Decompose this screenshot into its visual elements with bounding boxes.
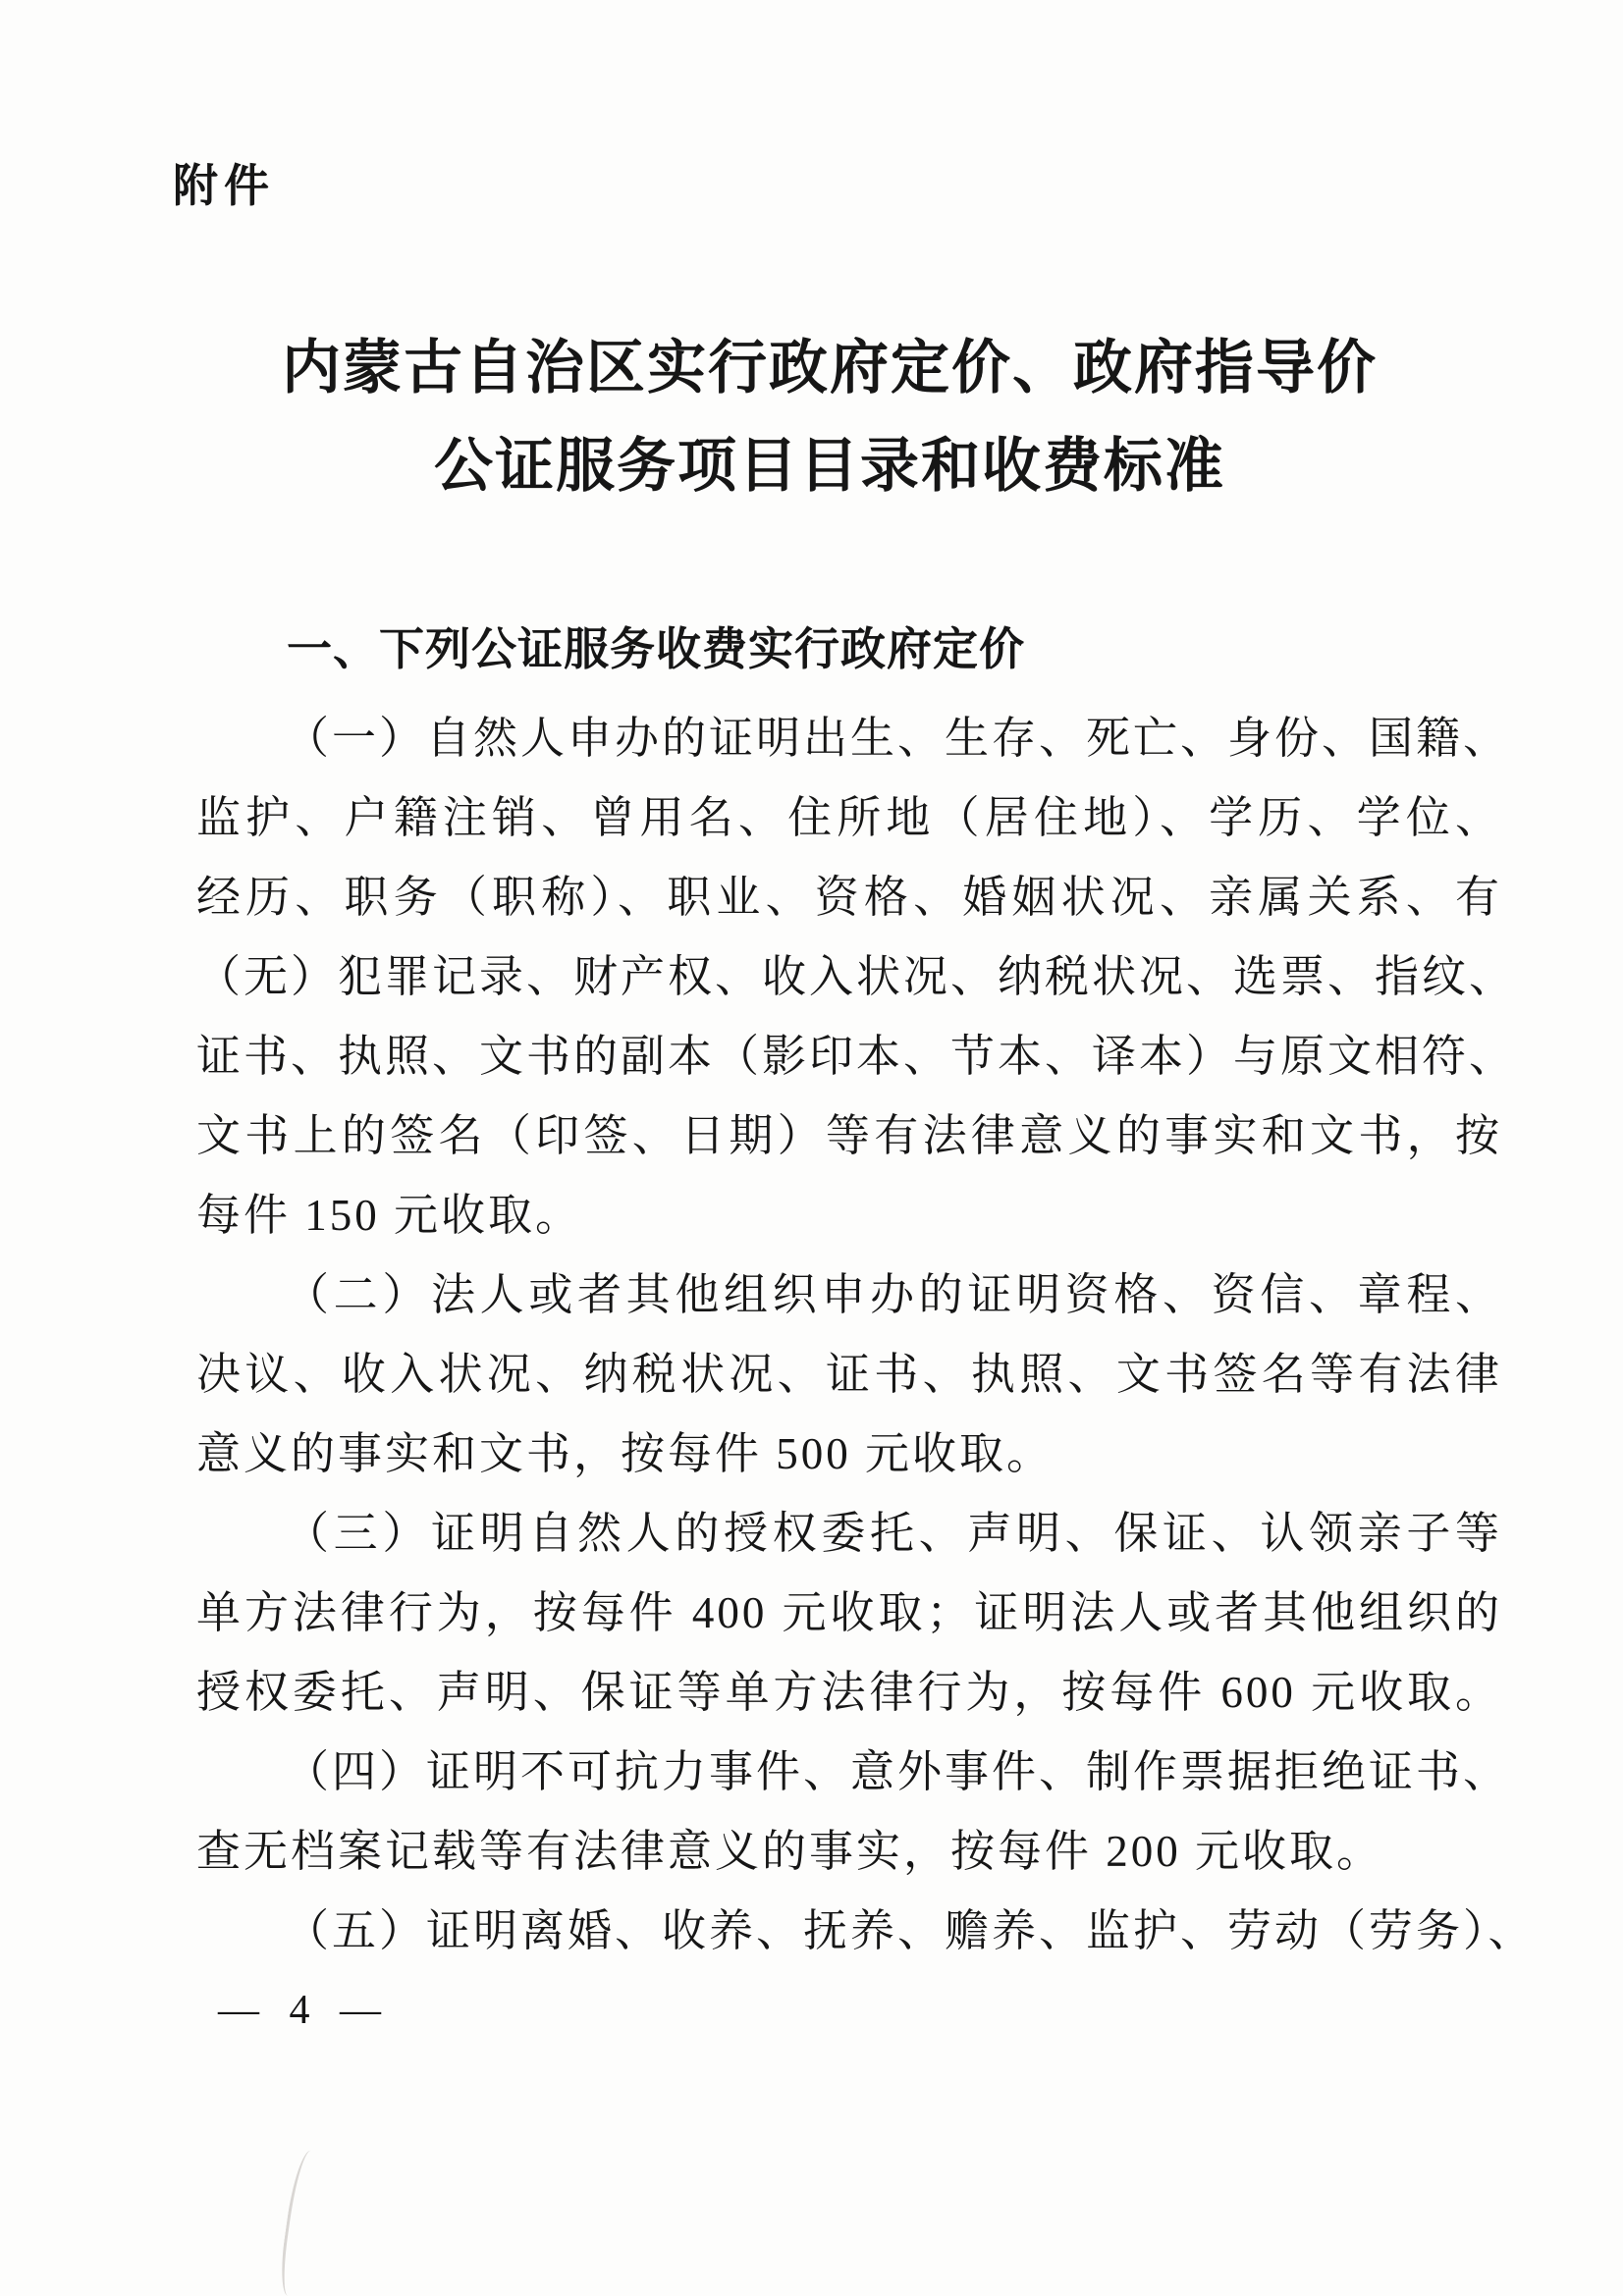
body-line: （一）自然人申办的证明出生、生存、死亡、身份、国籍、 <box>196 699 1502 778</box>
document-title-line2: 公证服务项目目录和收费标准 <box>177 417 1483 515</box>
body-line: 每件 150 元收取。 <box>196 1176 1502 1255</box>
body-line: 查无档案记载等有法律意义的事实，按每件 200 元收取。 <box>196 1812 1502 1892</box>
attachment-label: 附件 <box>173 157 275 216</box>
body-line: 意义的事实和文书，按每件 500 元收取。 <box>196 1415 1502 1494</box>
body-line: 经历、职务（职称）、职业、资格、婚姻状况、亲属关系、有 <box>196 858 1502 937</box>
body-line: （四）证明不可抗力事件、意外事件、制作票据拒绝证书、 <box>196 1733 1502 1812</box>
body-line: 文书上的签名（印签、日期）等有法律意义的事实和文书，按 <box>196 1096 1502 1176</box>
body-line: 决议、收入状况、纳税状况、证书、执照、文书签名等有法律 <box>196 1335 1502 1415</box>
document-body: （一）自然人申办的证明出生、生存、死亡、身份、国籍、 监护、户籍注销、曾用名、住… <box>196 699 1502 1971</box>
section-heading: 一、下列公证服务收费实行政府定价 <box>196 617 1502 680</box>
body-line: 证书、执照、文书的副本（影印本、节本、译本）与原文相符、 <box>196 1017 1502 1096</box>
body-line: 单方法律行为，按每件 400 元收取；证明法人或者其他组织的 <box>196 1574 1502 1653</box>
body-line: （五）证明离婚、收养、抚养、赡养、监护、劳动（劳务）、 <box>196 1892 1502 1971</box>
scan-artifact <box>277 2149 326 2296</box>
body-line: 监护、户籍注销、曾用名、住所地（居住地）、学历、学位、 <box>196 778 1502 858</box>
body-line: （三）证明自然人的授权委托、声明、保证、认领亲子等 <box>196 1494 1502 1574</box>
document-page: 附件 内蒙古自治区实行政府定价、政府指导价 公证服务项目目录和收费标准 一、下列… <box>0 0 1623 2296</box>
body-line: （无）犯罪记录、财产权、收入状况、纳税状况、选票、指纹、 <box>196 937 1502 1017</box>
page-number: — 4 — <box>218 1983 391 2038</box>
document-title-line1: 内蒙古自治区实行政府定价、政府指导价 <box>177 319 1483 417</box>
document-title: 内蒙古自治区实行政府定价、政府指导价 公证服务项目目录和收费标准 <box>177 319 1483 515</box>
body-line: 授权委托、声明、保证等单方法律行为，按每件 600 元收取。 <box>196 1653 1502 1733</box>
body-line: （二）法人或者其他组织申办的证明资格、资信、章程、 <box>196 1255 1502 1335</box>
